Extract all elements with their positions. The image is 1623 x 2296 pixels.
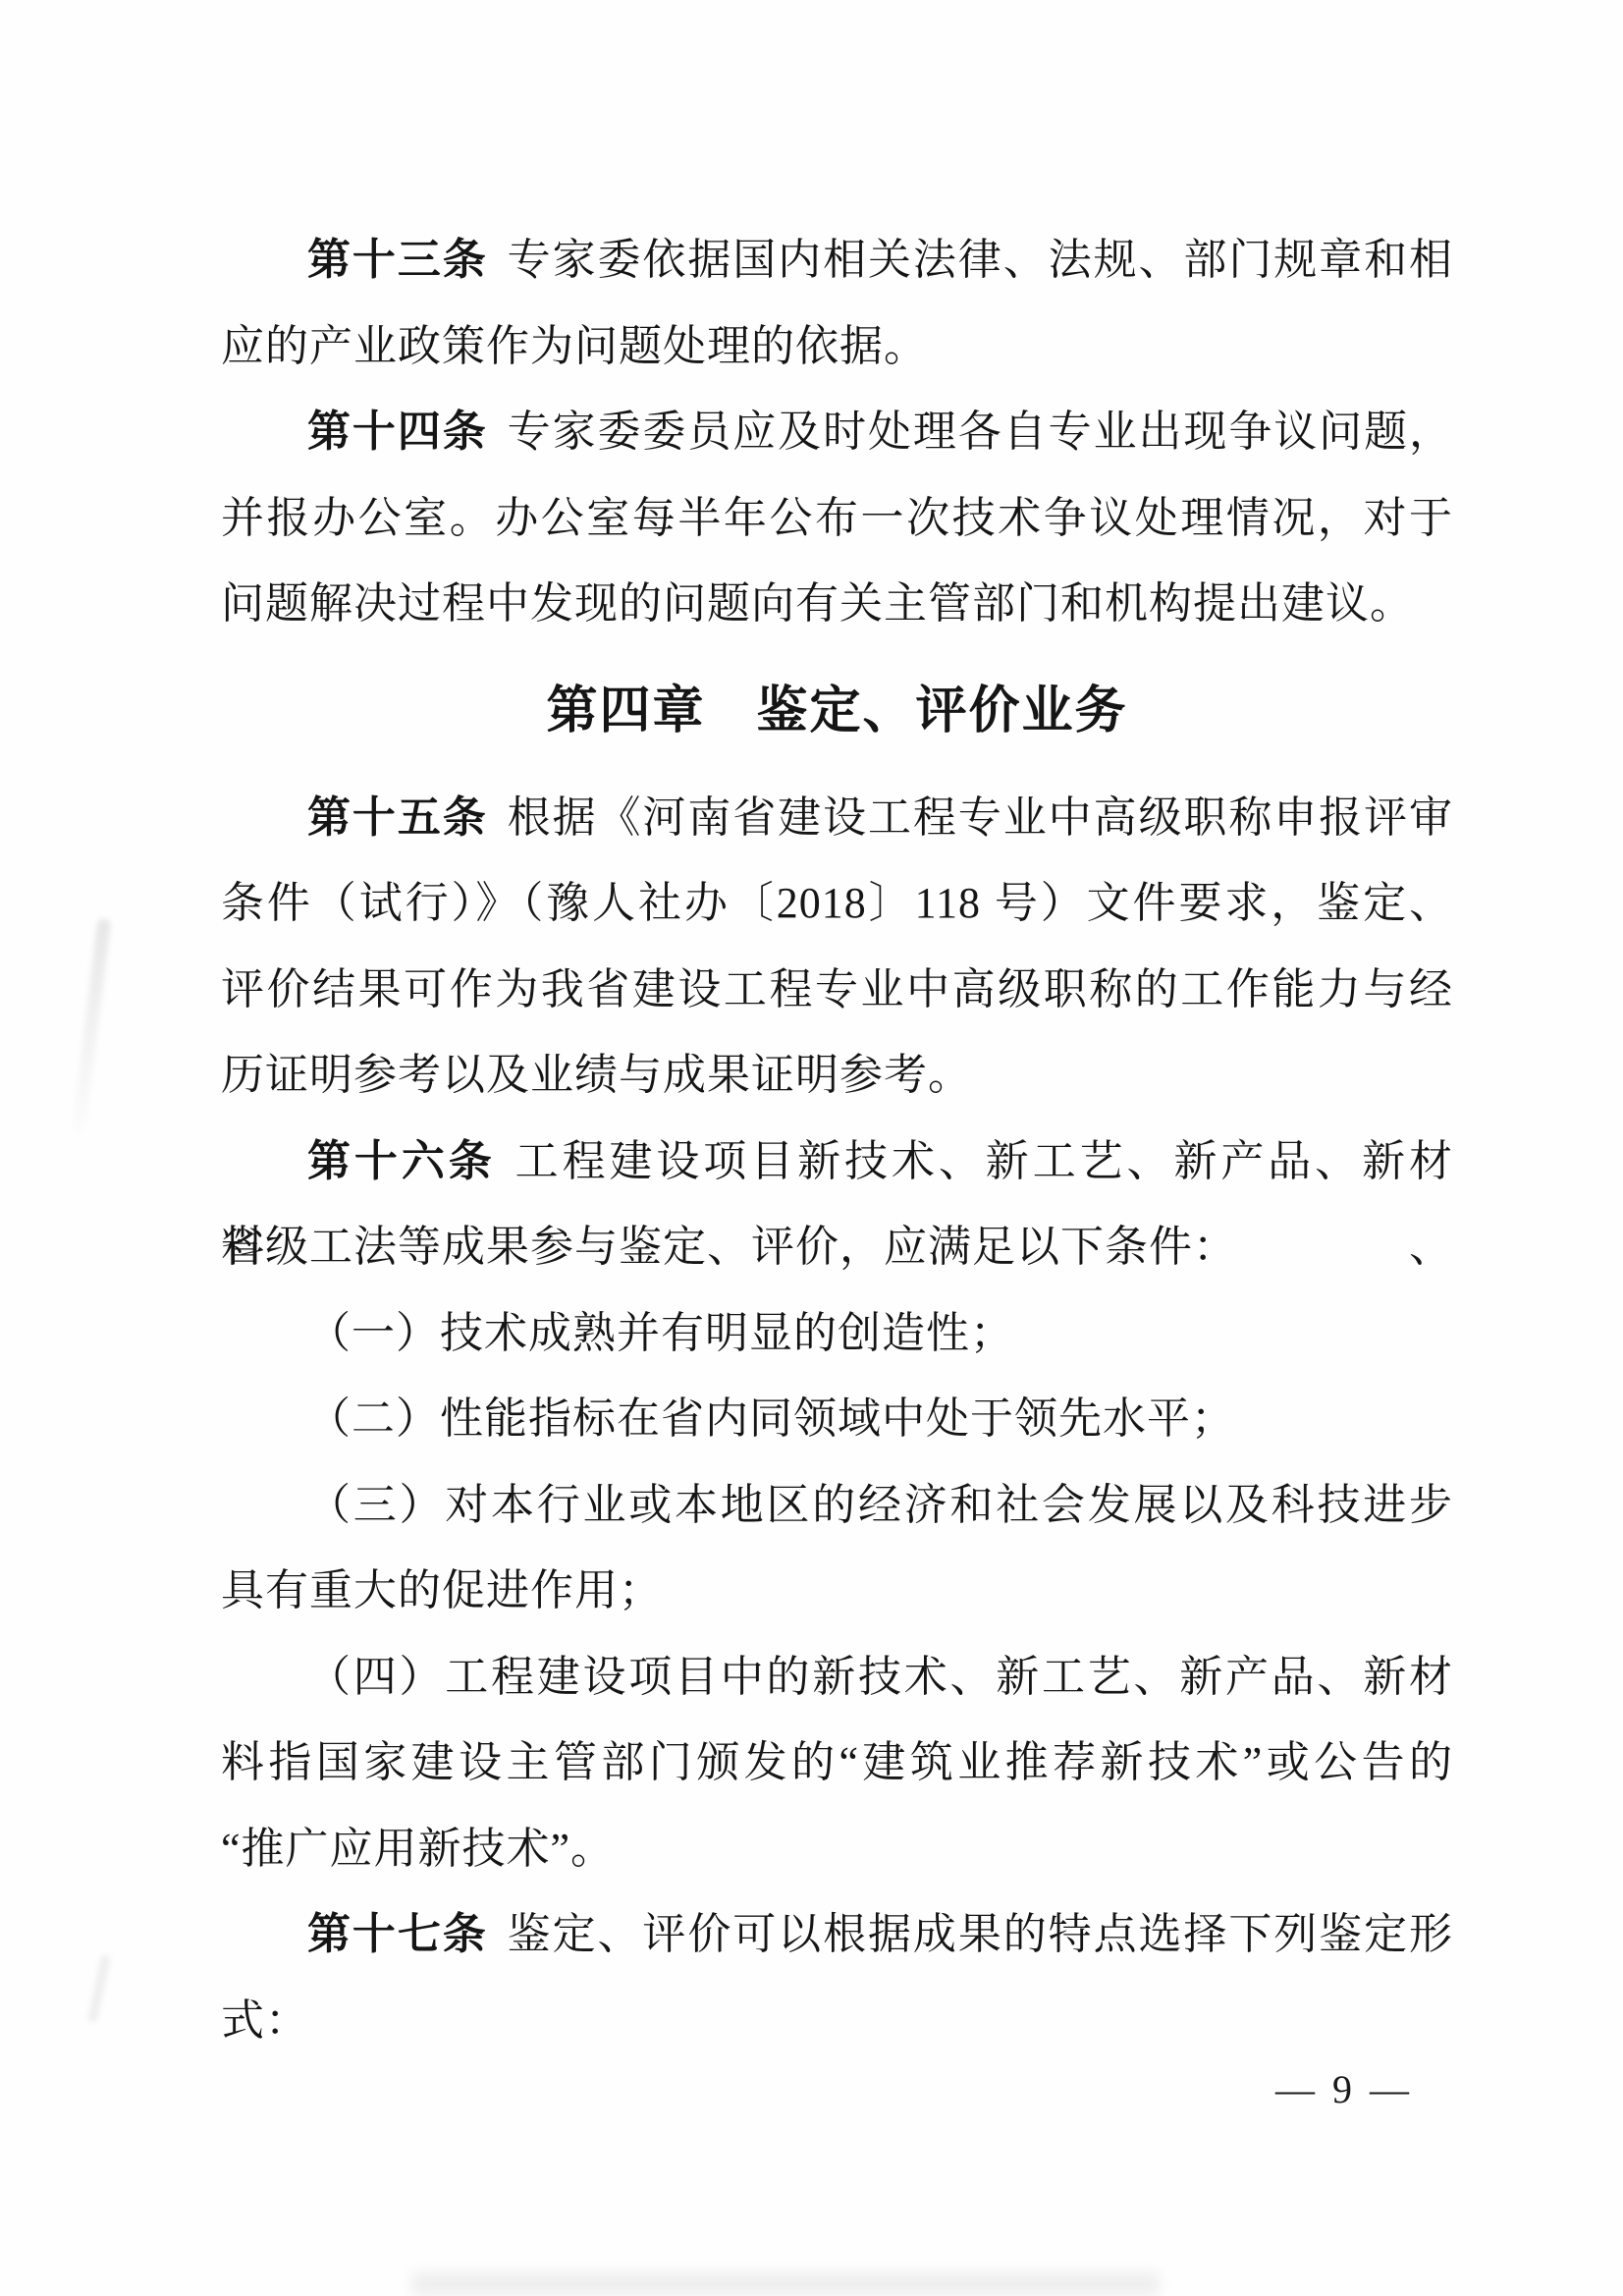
line-text: 并报办公室。办公室每半年公布一次技术争议处理情况，对于 (221, 494, 1453, 542)
text-line: 第十七条鉴定、评价可以根据成果的特点选择下列鉴定形 (221, 1891, 1453, 1978)
text-line: 条件（试行）》（豫人社办〔2018〕118 号）文件要求，鉴定、 (221, 860, 1453, 947)
line-text: “推广应用新技术”。 (221, 1825, 615, 1873)
text-line: （三）对本行业或本地区的经济和社会发展以及科技进步 (221, 1462, 1453, 1549)
section-articles-15-17: 第十五条根据《河南省建设工程专业中高级职称申报评审条件（试行）》（豫人社办〔20… (221, 775, 1453, 2064)
line-text: 专家委委员应及时处理各自专业出现争议问题， (508, 408, 1453, 456)
line-text: （三）对本行业或本地区的经济和社会发展以及科技进步 (307, 1481, 1453, 1529)
text-line: 第十五条根据《河南省建设工程专业中高级职称申报评审 (221, 775, 1453, 861)
line-text: 具有重大的促进作用； (221, 1566, 663, 1614)
text-line: 历证明参考以及业绩与成果证明参考。 (221, 1032, 1453, 1119)
text-line: 第十三条专家委依据国内相关法律、法规、部门规章和相 (221, 217, 1453, 303)
text-line: 料指国家建设主管部门颁发的“建筑业推荐新技术”或公告的 (221, 1720, 1453, 1806)
line-text: 评价结果可作为我省建设工程专业中高级职称的工作能力与经 (221, 965, 1453, 1013)
text-line: 具有重大的促进作用； (221, 1548, 1453, 1634)
text-line: 应的产业政策作为问题处理的依据。 (221, 303, 1453, 390)
scan-artifact (412, 2272, 1159, 2296)
line-text: 式： (221, 1996, 309, 2045)
article-number-label: 第十五条 (307, 793, 488, 842)
text-line: （二）性能指标在省内同领域中处于领先水平； (221, 1376, 1453, 1462)
article-number-label: 第十四条 (307, 408, 488, 456)
line-text: 鉴定、评价可以根据成果的特点选择下列鉴定形 (508, 1910, 1453, 1958)
line-text: 问题解决过程中发现的问题向有关主管部门和机构提出建议。 (221, 579, 1414, 628)
text-line: （一）技术成熟并有明显的创造性； (221, 1290, 1453, 1377)
chapter-heading: 第四章鉴定、评价业务 (221, 647, 1453, 775)
page-number: — 9 — (1275, 2066, 1413, 2112)
text-line: 并报办公室。办公室每半年公布一次技术争议处理情况，对于 (221, 475, 1453, 562)
line-text: （二）性能指标在省内同领域中处于领先水平； (307, 1394, 1235, 1443)
text-line: （四）工程建设项目中的新技术、新工艺、新产品、新材 (221, 1634, 1453, 1721)
text-line: 式： (221, 1978, 1453, 2064)
section-articles-13-14: 第十三条专家委依据国内相关法律、法规、部门规章和相应的产业政策作为问题处理的依据… (221, 217, 1453, 647)
text-line: 问题解决过程中发现的问题向有关主管部门和机构提出建议。 (221, 561, 1453, 647)
line-text: 料指国家建设主管部门颁发的“建筑业推荐新技术”或公告的 (221, 1738, 1453, 1786)
scan-artifact (72, 918, 112, 1134)
chapter-number: 第四章 (546, 683, 705, 739)
line-text: 应的产业政策作为问题处理的依据。 (221, 322, 928, 370)
text-line: 第十四条专家委委员应及时处理各自专业出现争议问题， (221, 389, 1453, 475)
line-text: 省级工法等成果参与鉴定、评价，应满足以下条件： (221, 1223, 1237, 1271)
document-page: 第十三条专家委依据国内相关法律、法规、部门规章和相应的产业政策作为问题处理的依据… (0, 0, 1623, 2296)
scan-artifact (87, 1954, 111, 2024)
text-line: 评价结果可作为我省建设工程专业中高级职称的工作能力与经 (221, 947, 1453, 1033)
chapter-title: 鉴定、评价业务 (757, 683, 1128, 739)
article-number-label: 第十三条 (307, 236, 488, 284)
text-line: “推广应用新技术”。 (221, 1806, 1453, 1892)
line-text: 历证明参考以及业绩与成果证明参考。 (221, 1051, 972, 1099)
line-text: （四）工程建设项目中的新技术、新工艺、新产品、新材 (307, 1653, 1453, 1701)
line-text: （一）技术成熟并有明显的创造性； (307, 1309, 1014, 1357)
line-text: 专家委依据国内相关法律、法规、部门规章和相 (508, 236, 1453, 284)
article-number-label: 第十七条 (307, 1910, 488, 1958)
document-body: 第十三条专家委依据国内相关法律、法规、部门规章和相应的产业政策作为问题处理的依据… (221, 217, 1453, 2063)
line-text: 条件（试行）》（豫人社办〔2018〕118 号）文件要求，鉴定、 (221, 879, 1453, 927)
text-line: 第十六条工程建设项目新技术、新工艺、新产品、新材料、 (221, 1119, 1453, 1205)
line-text: 根据《河南省建设工程专业中高级职称申报评审 (508, 793, 1453, 842)
article-number-label: 第十六条 (307, 1137, 496, 1185)
